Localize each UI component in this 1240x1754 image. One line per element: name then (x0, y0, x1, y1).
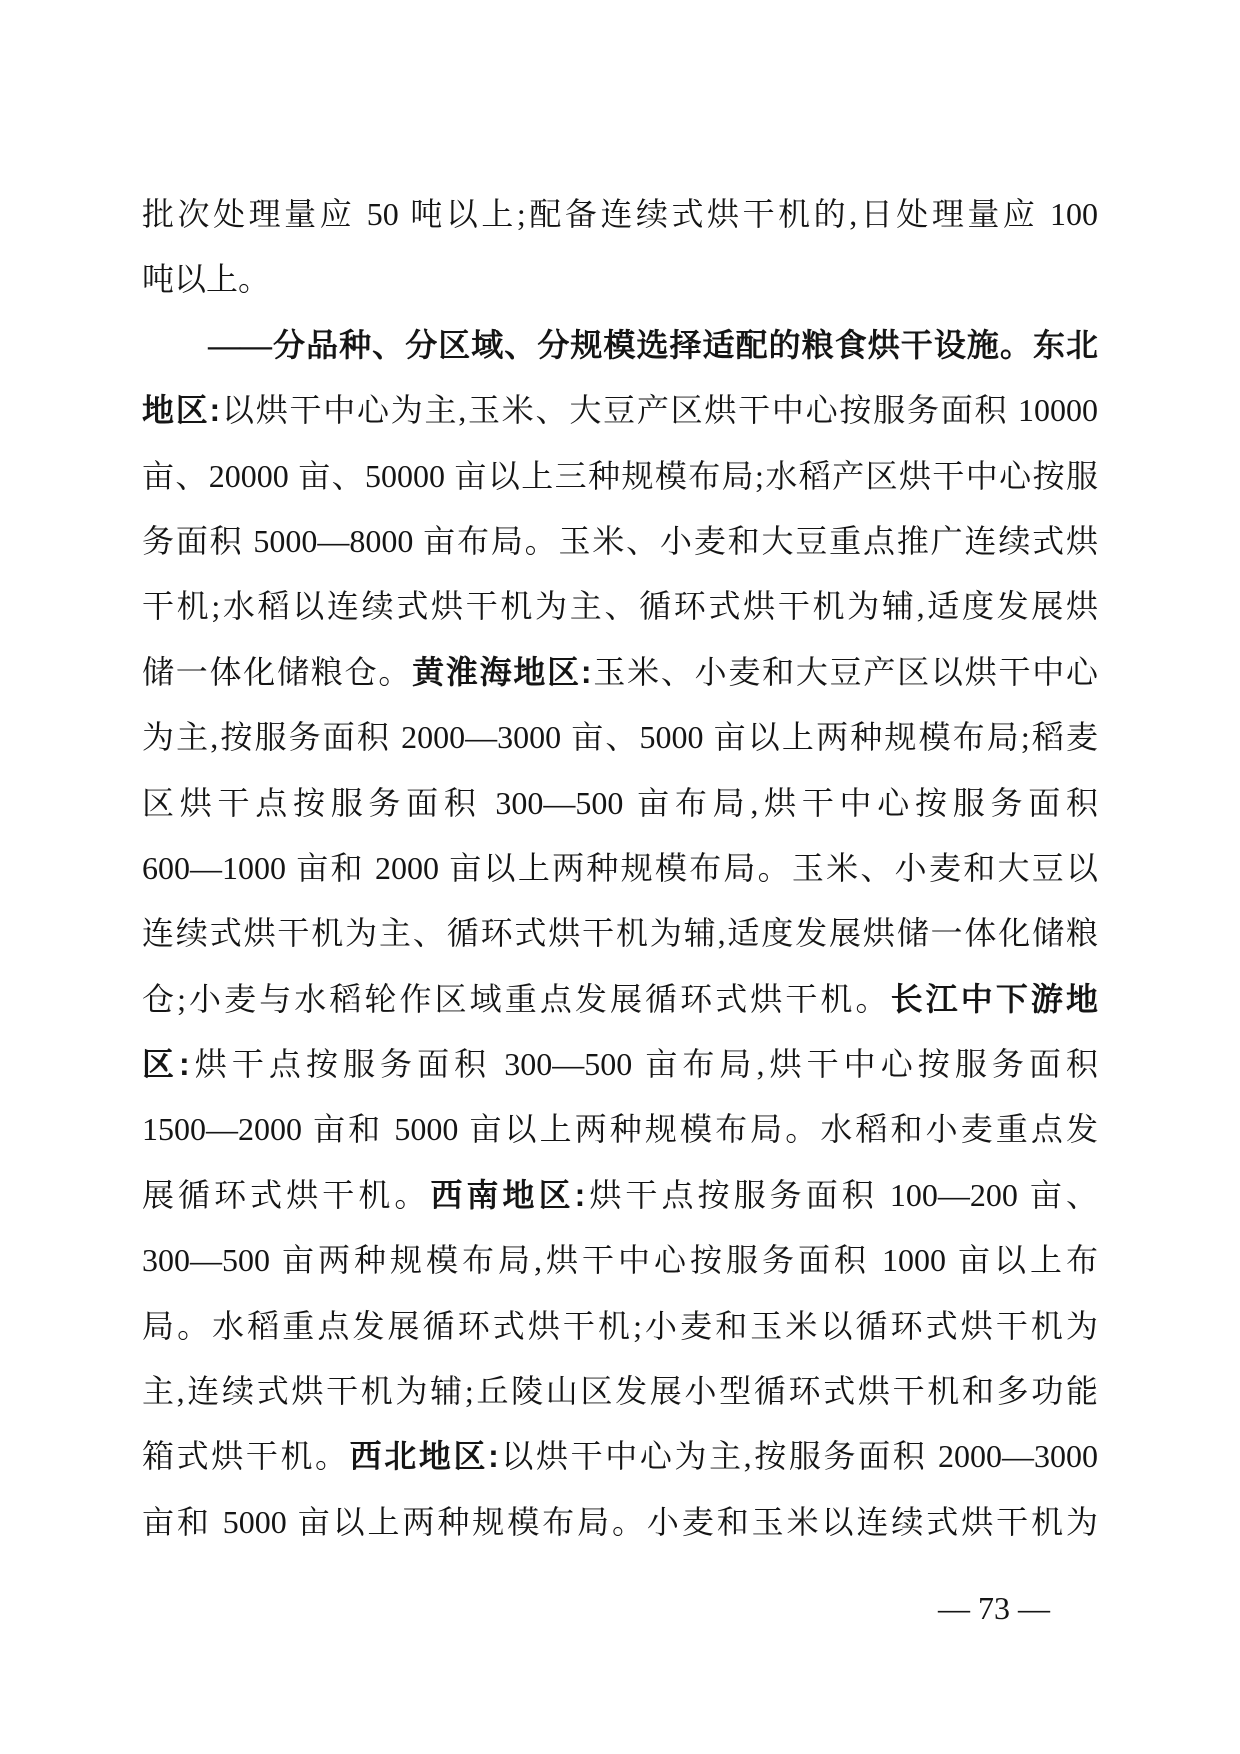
text-line-8: 储一体化储粮仓。黄淮海地区:玉米、小麦和大豆产区以烘干中心 (142, 640, 1098, 705)
text-line-1: 批次处理量应 50 吨以上;配备连续式烘干机的,日处理量应 100 (142, 182, 1098, 247)
region-label-yangtze-cont: 区: (142, 1046, 190, 1082)
body-run: 以烘干中心为主,玉米、大豆产区烘干中心按服务面积 10000 (220, 392, 1098, 428)
body-run: 批次处理量应 50 吨以上;配备连续式烘干机的,日处理量应 100 (142, 196, 1098, 232)
text-line-2: 吨以上。 (142, 247, 1098, 312)
body-run: 亩和 5000 亩以上两种规模布局。小麦和玉米以连续式烘干机为 (142, 1504, 1098, 1540)
region-label-yangtze: 长江中下游地 (891, 981, 1098, 1017)
text-line-11: 600—1000 亩和 2000 亩以上两种规模布局。玉米、小麦和大豆以 (142, 836, 1098, 901)
text-line-17: 300—500 亩两种规模布局,烘干中心按服务面积 1000 亩以上布 (142, 1228, 1098, 1293)
body-run: 以烘干中心为主,按服务面积 2000—3000 (499, 1438, 1098, 1474)
body-run: 300—500 亩两种规模布局,烘干中心按服务面积 1000 亩以上布 (142, 1242, 1098, 1278)
body-run: 储一体化储粮仓。 (142, 654, 412, 690)
text-line-9: 为主,按服务面积 2000—3000 亩、5000 亩以上两种规模布局;稻麦 (142, 705, 1098, 770)
text-line-13: 仓;小麦与水稻轮作区域重点发展循环式烘干机。长江中下游地 (142, 967, 1098, 1032)
body-run: 局。水稻重点发展循环式烘干机;小麦和玉米以循环式烘干机为 (142, 1308, 1098, 1344)
body-run: 玉米、小麦和大豆产区以烘干中心 (592, 654, 1098, 690)
body-run: 箱式烘干机。 (142, 1438, 350, 1474)
body-run: 烘干点按服务面积 100—200 亩、 (585, 1177, 1098, 1213)
body-run: 1500—2000 亩和 5000 亩以上两种规模布局。水稻和小麦重点发 (142, 1111, 1098, 1147)
region-label-southwest: 西南地区: (430, 1177, 585, 1213)
text-line-6: 务面积 5000—8000 亩布局。玉米、小麦和大豆重点推广连续式烘 (142, 509, 1098, 574)
text-line-15: 1500—2000 亩和 5000 亩以上两种规模布局。水稻和小麦重点发 (142, 1097, 1098, 1162)
text-line-18: 局。水稻重点发展循环式烘干机;小麦和玉米以循环式烘干机为 (142, 1294, 1098, 1359)
text-line-14: 区:烘干点按服务面积 300—500 亩布局,烘干中心按服务面积 (142, 1032, 1098, 1097)
text-line-16: 展循环式烘干机。西南地区:烘干点按服务面积 100—200 亩、 (142, 1163, 1098, 1228)
body-run: 为主,按服务面积 2000—3000 亩、5000 亩以上两种规模布局;稻麦 (142, 719, 1098, 755)
body-run: 600—1000 亩和 2000 亩以上两种规模布局。玉米、小麦和大豆以 (142, 850, 1098, 886)
region-label-huanghuaihai: 黄淮海地区: (412, 654, 591, 690)
body-run: 区烘干点按服务面积 300—500 亩布局,烘干中心按服务面积 (142, 785, 1098, 821)
body-run: 务面积 5000—8000 亩布局。玉米、小麦和大豆重点推广连续式烘 (142, 523, 1098, 559)
text-line-4: 地区:以烘干中心为主,玉米、大豆产区烘干中心按服务面积 10000 (142, 378, 1098, 443)
text-line-3: ——分品种、分区域、分规模选择适配的粮食烘干设施。东北 (142, 313, 1098, 378)
region-label-northwest: 西北地区: (350, 1438, 499, 1474)
region-label-northeast: 东北 (1033, 327, 1098, 363)
dash-heading: ——分品种、分区域、分规模选择适配的粮食烘干设施。 (208, 327, 1033, 363)
body-run: 亩、20000 亩、50000 亩以上三种规模布局;水稻产区烘干中心按服 (142, 458, 1098, 494)
text-line-7: 干机;水稻以连续式烘干机为主、循环式烘干机为辅,适度发展烘 (142, 574, 1098, 639)
text-line-19: 主,连续式烘干机为辅;丘陵山区发展小型循环式烘干机和多功能 (142, 1359, 1098, 1424)
body-run: 吨以上。 (142, 261, 270, 297)
body-run: 连续式烘干机为主、循环式烘干机为辅,适度发展烘储一体化储粮 (142, 915, 1098, 951)
document-page: 批次处理量应 50 吨以上;配备连续式烘干机的,日处理量应 100 吨以上。 —… (0, 0, 1240, 1754)
text-line-10: 区烘干点按服务面积 300—500 亩布局,烘干中心按服务面积 (142, 771, 1098, 836)
text-line-20: 箱式烘干机。西北地区:以烘干中心为主,按服务面积 2000—3000 (142, 1424, 1098, 1489)
body-run: 展循环式烘干机。 (142, 1177, 430, 1213)
body-run: 仓;小麦与水稻轮作区域重点发展循环式烘干机。 (142, 981, 891, 1017)
text-line-5: 亩、20000 亩、50000 亩以上三种规模布局;水稻产区烘干中心按服 (142, 444, 1098, 509)
region-label-northeast-cont: 地区: (142, 392, 220, 428)
body-run: 主,连续式烘干机为辅;丘陵山区发展小型循环式烘干机和多功能 (142, 1373, 1098, 1409)
page-number: — 73 — (938, 1588, 1050, 1628)
body-run: 烘干点按服务面积 300—500 亩布局,烘干中心按服务面积 (190, 1046, 1098, 1082)
text-line-21: 亩和 5000 亩以上两种规模布局。小麦和玉米以连续式烘干机为 (142, 1490, 1098, 1555)
body-run: 干机;水稻以连续式烘干机为主、循环式烘干机为辅,适度发展烘 (142, 588, 1098, 624)
body-text: 批次处理量应 50 吨以上;配备连续式烘干机的,日处理量应 100 吨以上。 —… (142, 182, 1098, 1555)
text-line-12: 连续式烘干机为主、循环式烘干机为辅,适度发展烘储一体化储粮 (142, 901, 1098, 966)
